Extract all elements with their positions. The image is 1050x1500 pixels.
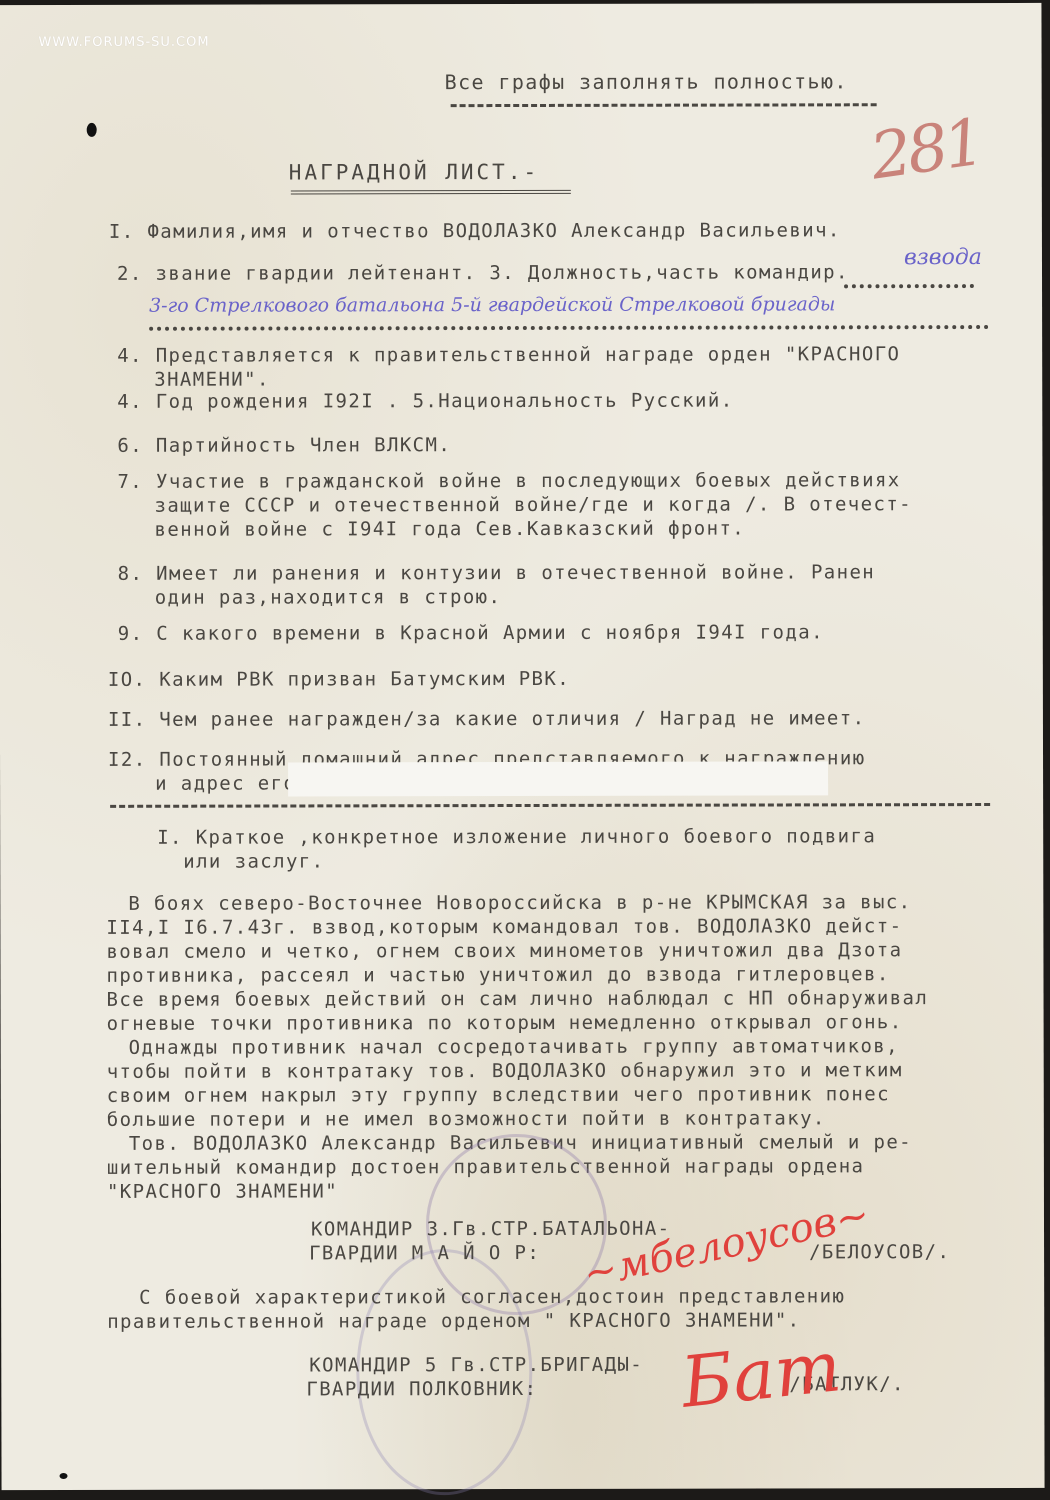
citation-line: Однажды противник начал сосредотачивать … (129, 1035, 899, 1059)
handwritten-unit: 3-го Стрелкового батальона 5-й гвардейск… (149, 293, 835, 316)
document-page: WWW.FORUMS-SU.COM Все графы заполнять по… (0, 3, 1045, 1490)
dotted-fill-line (844, 284, 974, 288)
field-previous-awards: II. Чем ранее награжден/за какие отличия… (108, 707, 866, 731)
concurrence-line2: правительственной награде орденом " КРАС… (107, 1309, 800, 1332)
field-award-line2: ЗНАМЕНИ". (154, 369, 270, 391)
redacted-address (288, 761, 828, 796)
citation-line: "КРАСНОГО ЗНАМЕНИ" (107, 1180, 338, 1202)
citation-line: большие потери и не имел возможности пой… (107, 1107, 826, 1131)
citation-line: противника, рассеял и частью уничтожил д… (106, 963, 889, 987)
signature2-handwritten: Бат (677, 1325, 844, 1424)
citation-line: Все время боевых действий он сам лично н… (107, 987, 929, 1011)
field-full-name: I. Фамилия,имя и отчество ВОДОЛАЗКО Алек… (109, 219, 841, 243)
field-army-since: 9. С какого времени в Красной Армии с но… (118, 621, 824, 644)
citation-line: В боях северо-Восточнее Новороссийска в … (128, 891, 911, 915)
field-birth-nationality: 4. Год рождения I92I . 5.Национальность … (117, 390, 733, 413)
divider (451, 103, 877, 107)
citation-line: огневые точки противника по которым неме… (107, 1011, 903, 1035)
field-award-line1: 4. Представляется к правительственной на… (117, 343, 900, 367)
watermark: WWW.FORUMS-SU.COM (39, 35, 210, 50)
punch-hole-mark (87, 123, 97, 137)
header-note: Все графы заполнять полностью. (445, 69, 848, 94)
citation-line: своим огнем накрыл эту группу вследствии… (107, 1083, 890, 1107)
handwritten-position: взвода (904, 245, 982, 270)
signature2-title: КОМАНДИР 5 Гв.СТР.БРИГАДЫ- (309, 1354, 643, 1377)
archive-number: 281 (866, 106, 986, 195)
field-conscription-office: IO. Каким РВК призван Батумским РВК. (108, 668, 570, 691)
signature1-handwritten: ~мбелоусов~ (579, 1192, 873, 1298)
signature1-rank: ГВАРДИИ М А Й О Р: (309, 1242, 540, 1264)
citation-line: вовал смело и четко, огнем своих миномет… (106, 939, 902, 963)
field-wounds-line1: 8. Имеет ли ранения и контузии в отечест… (118, 561, 876, 585)
title-underline (291, 190, 571, 195)
section-divider (110, 803, 990, 808)
punch-hole-mark (60, 1473, 68, 1479)
field-rank-position: 2. звание гвардии лейтенант. 3. Должност… (117, 261, 849, 285)
citation-line: II4,I I6.7.43г. взвод,которым командовал… (106, 915, 902, 939)
field-wounds-line2: один раз,находится в строю. (155, 586, 502, 609)
field-participation-line2: защите СССР и отечественной войне/где и … (154, 493, 912, 517)
section-heading-line1: I. Краткое ,конкретное изложение личного… (157, 825, 876, 849)
concurrence-line1: С боевой характеристикой согласен,достои… (139, 1285, 845, 1308)
signature1-title: КОМАНДИР 3.Гв.СТР.БАТАЛЬОНА- (311, 1218, 671, 1241)
citation-line: чтобы пойти в контратаку тов. ВОДОЛАЗКО … (107, 1059, 903, 1083)
field-party: 6. Партийность Член ВЛКСМ. (117, 434, 451, 457)
dotted-fill-line (149, 325, 989, 331)
signature2-rank: ГВАРДИИ ПОЛКОВНИК: (306, 1378, 537, 1400)
field-participation-line1: 7. Участие в гражданской войне в последу… (117, 469, 900, 493)
field-participation-line3: венной войне с I94I года Сев.Кавказский … (155, 518, 746, 541)
section-heading-line2: или заслуг. (183, 850, 324, 872)
page-title: НАГРАДНОЙ ЛИСТ.- (289, 160, 539, 185)
